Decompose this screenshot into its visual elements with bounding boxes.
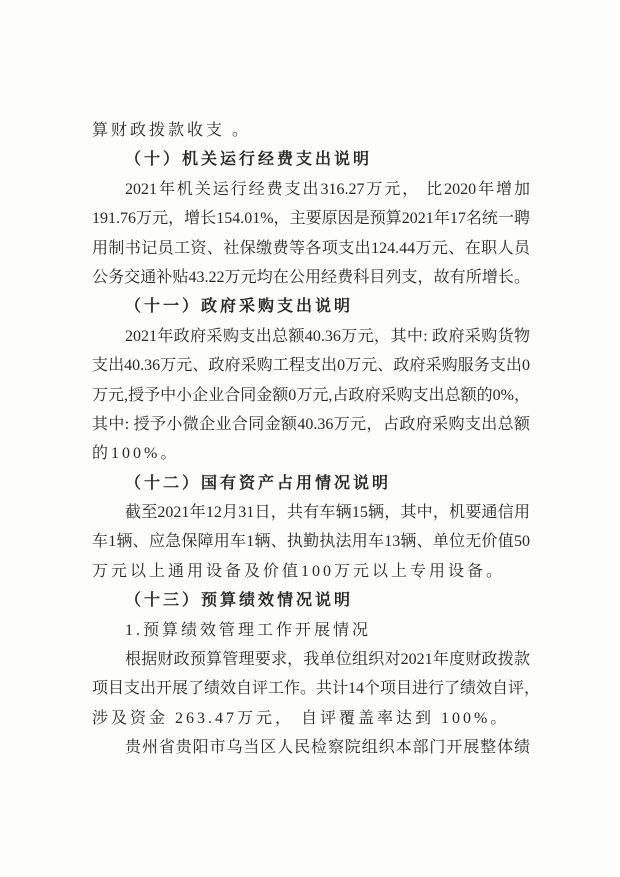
section-heading: （十）机关运行经费支出说明 [92, 145, 530, 174]
body-text-line: 车1辆、应急保障用车1辆、执勤执法用车13辆、单位无价值50 [92, 527, 530, 556]
body-text-line: 项目支出开展了绩效自评工作。共计14个项目进行了绩效自评， [92, 674, 530, 703]
body-text-line: 万元以上通用设备及价值100万元以上专用设备。 [92, 557, 530, 586]
body-text-line: 算财政拨款收支 。 [92, 116, 530, 145]
body-text-line: 涉及资金 263.47万元， 自评覆盖率达到 100%。 [92, 704, 530, 733]
section-13: （十三）预算绩效情况说明 1.预算绩效管理工作开展情况 根据财政预算管理要求，我… [92, 586, 530, 762]
body-text-line: 支出40.36万元、政府采购工程支出0万元、政府采购服务支出0 [92, 351, 530, 380]
document-page: 算财政拨款收支 。 （十）机关运行经费支出说明 2021年机关运行经费支出316… [0, 0, 620, 877]
subsection-heading: 1.预算绩效管理工作开展情况 [92, 616, 530, 645]
section-10: （十）机关运行经费支出说明 2021年机关运行经费支出316.27万元， 比20… [92, 145, 530, 292]
section-heading: （十一）政府采购支出说明 [92, 292, 530, 321]
section-heading: （十三）预算绩效情况说明 [92, 586, 530, 615]
body-text-line: 其中: 授予小微企业合同金额40.36万元，占政府采购支出总额 [92, 410, 530, 439]
body-text-line: 2021年政府采购支出总额40.36万元，其中: 政府采购货物 [92, 322, 530, 351]
section-11: （十一）政府采购支出说明 2021年政府采购支出总额40.36万元，其中: 政府… [92, 292, 530, 468]
section-heading: （十二）国有资产占用情况说明 [92, 469, 530, 498]
body-text-line: 根据财政预算管理要求，我单位组织对2021年度财政拨款 [92, 645, 530, 674]
body-text-line: 万元,授予中小企业合同金额0万元,占政府采购支出总额的0%， [92, 381, 530, 410]
section-12: （十二）国有资产占用情况说明 截至2021年12月31日，共有车辆15辆，其中，… [92, 469, 530, 587]
body-text-line: 的100%。 [92, 439, 530, 468]
paragraph-continuation: 算财政拨款收支 。 [92, 116, 530, 145]
body-text-line: 2021年机关运行经费支出316.27万元， 比2020年增加 [92, 175, 530, 204]
body-text-line: 191.76万元，增长154.01%，主要原因是预算2021年17名统一聘 [92, 204, 530, 233]
body-text-line: 用制书记员工资、社保缴费等各项支出124.44万元、在职人员 [92, 234, 530, 263]
body-text-line: 公务交通补贴43.22万元均在公用经费科目列支，故有所增长。 [92, 263, 530, 292]
body-text-line: 截至2021年12月31日，共有车辆15辆，其中，机要通信用 [92, 498, 530, 527]
body-text-line: 贵州省贵阳市乌当区人民检察院组织本部门开展整体绩 [92, 733, 530, 762]
